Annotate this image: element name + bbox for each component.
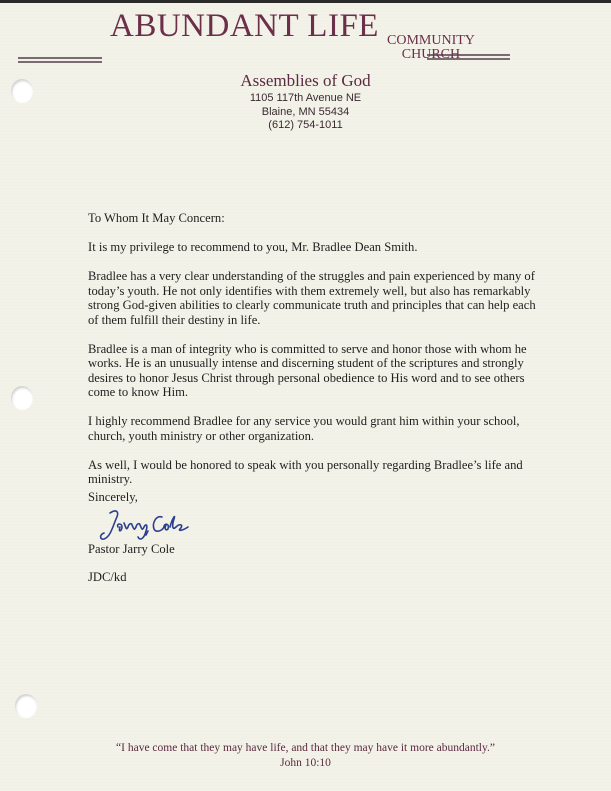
reference-initials: JDC/kd: [88, 570, 127, 585]
phone: (612) 754-1011: [0, 119, 611, 133]
church-name-sub-line2: CHURCH: [387, 48, 475, 62]
church-name: ABUNDANT LIFE: [110, 8, 379, 45]
address-block: 1105 117th Avenue NE Blaine, MN 55434 (6…: [0, 92, 611, 133]
paragraph: Bradlee is a man of integrity who is com…: [88, 342, 538, 400]
paragraph: Bradlee has a very clear understanding o…: [88, 269, 538, 327]
paragraph: It is my privilege to recommend to you, …: [88, 240, 538, 255]
closing: Sincerely,: [88, 490, 138, 505]
signature-icon: [96, 505, 196, 545]
affiliation: Assemblies of God: [0, 71, 611, 91]
hole-punch: [15, 694, 37, 718]
church-name-sub-line1: COMMUNITY: [387, 34, 475, 48]
church-name-sub: COMMUNITY CHURCH: [387, 34, 475, 62]
hole-punch: [11, 386, 33, 410]
address-line2: Blaine, MN 55434: [0, 106, 611, 120]
footer: “I have come that they may have life, an…: [0, 741, 611, 771]
letterhead-rule-left: [18, 57, 102, 63]
paragraph: As well, I would be honored to speak wit…: [88, 458, 538, 487]
paragraph: I highly recommend Bradlee for any servi…: [88, 414, 538, 443]
address-line1: 1105 117th Avenue NE: [0, 92, 611, 106]
footer-quote: “I have come that they may have life, an…: [0, 741, 611, 756]
letter-body: To Whom It May Concern: It is my privile…: [88, 211, 538, 501]
signer-name: Pastor Jarry Cole: [88, 542, 175, 557]
salutation: To Whom It May Concern:: [88, 211, 538, 226]
footer-citation: John 10:10: [0, 756, 611, 771]
